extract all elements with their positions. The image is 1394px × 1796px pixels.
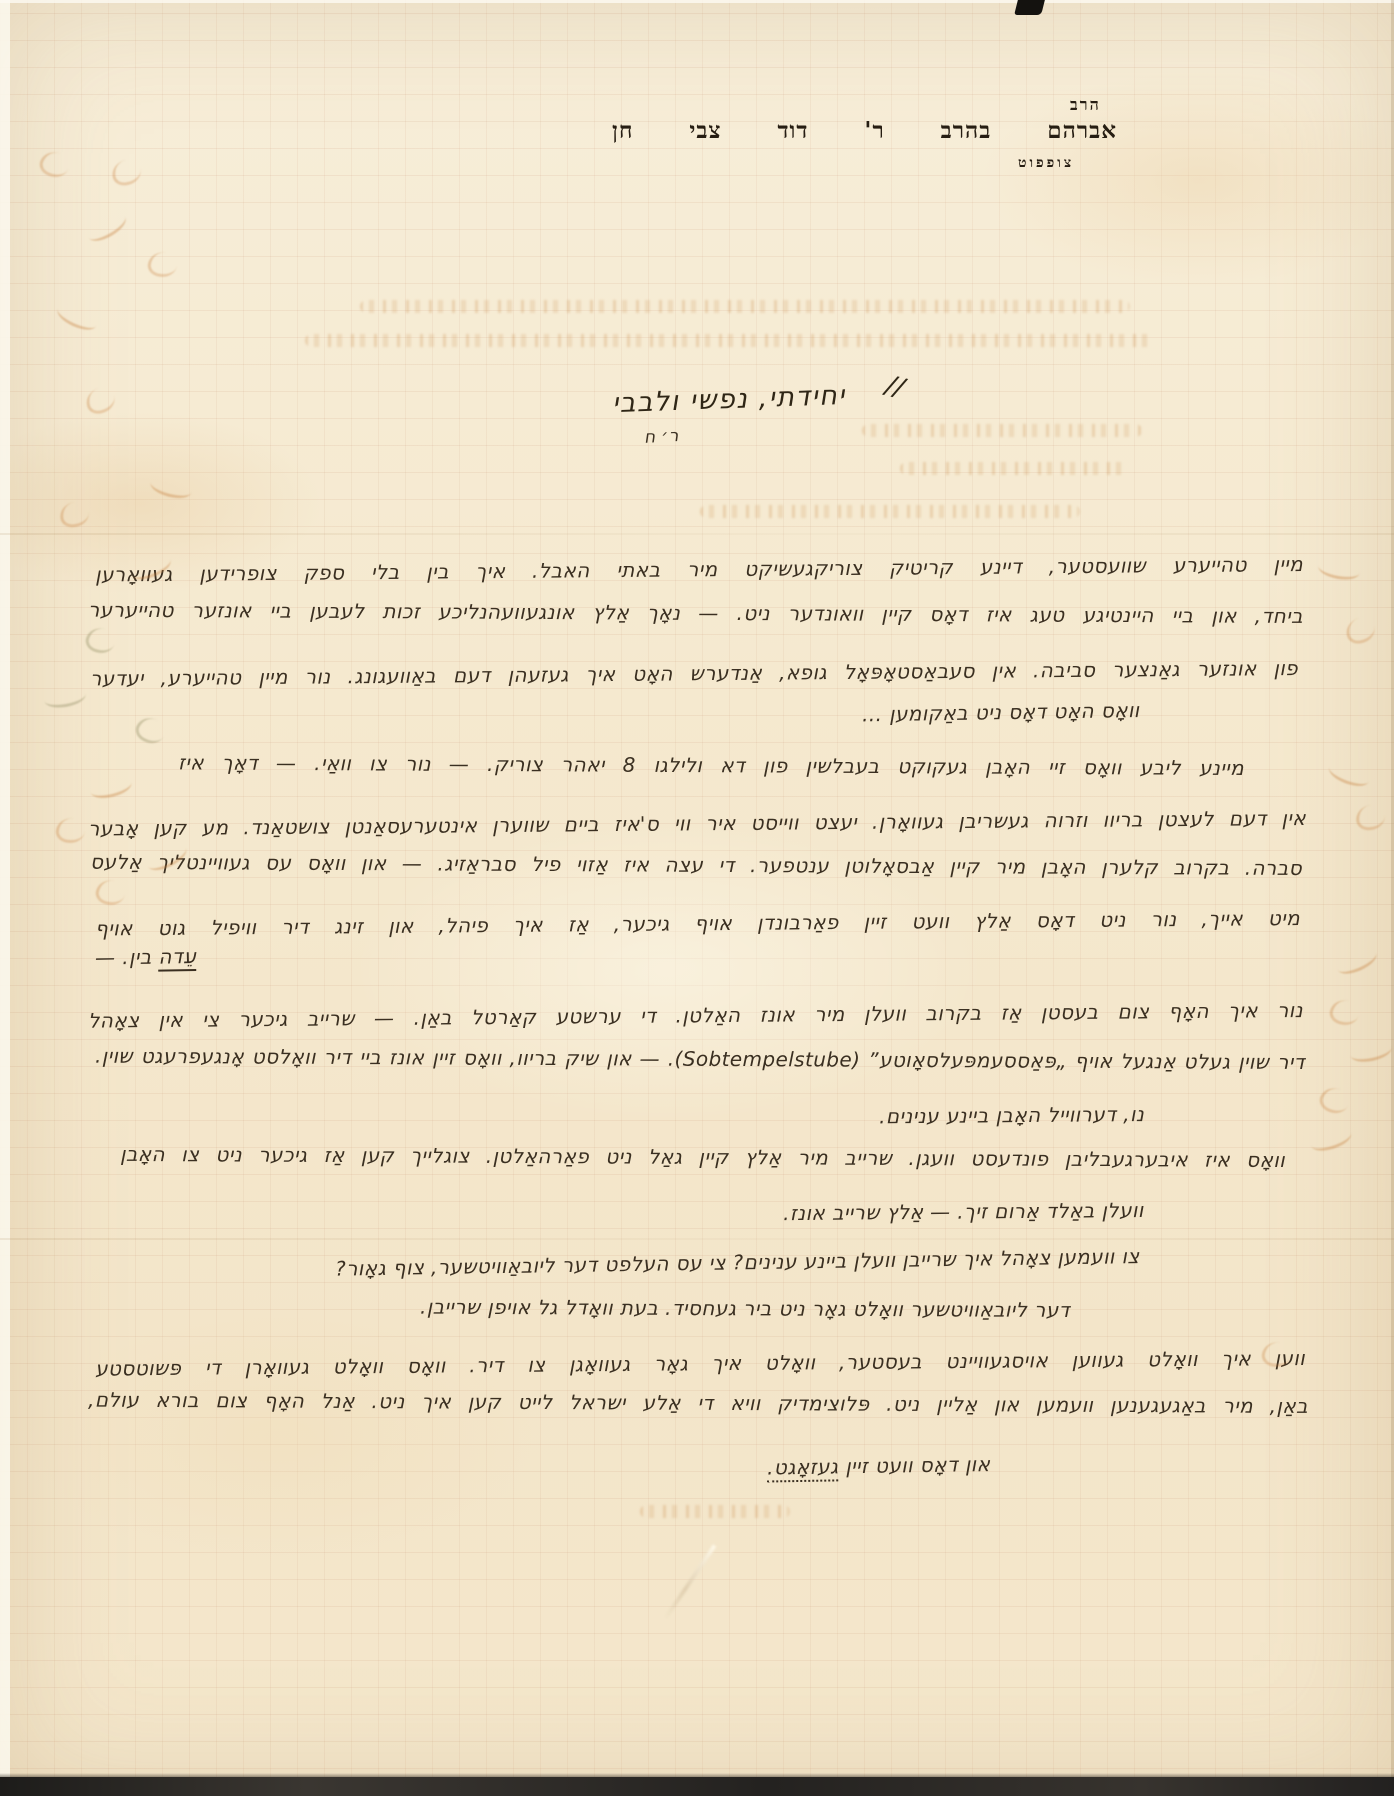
letterhead-location: צופפוט (1018, 155, 1074, 172)
paper-left-edge (0, 0, 10, 1796)
handwriting-line: מיט אייך, נור ניט דאָס אַלץ וועט זיין פא… (95, 906, 1300, 941)
ink-bleed-mark (1334, 944, 1380, 978)
ink-bleed-row (360, 300, 1130, 313)
paper-crease (664, 1544, 717, 1619)
ink-bleed-mark (1326, 758, 1372, 790)
ink-bleed-mark (1343, 614, 1378, 646)
ink-bleed-mark (84, 209, 130, 246)
ink-bleed-mark (1327, 997, 1361, 1028)
underlined-word: עֵדה (158, 944, 196, 972)
handwriting-line: מיינע ליבע וואָס זיי האָבן געקוקט בעבלשי… (178, 750, 1244, 780)
handwriting-line: ווען איך וואָלט געווען אויסגעוויינט בעסט… (95, 1346, 1305, 1381)
handwriting-line-emphasis: עֵדה בין. — (95, 944, 197, 970)
greeting-salutation: יחידתי, נפשי ולבבי (612, 380, 847, 419)
fold-line-lower (0, 1238, 1394, 1240)
ink-bleed-mark (132, 713, 169, 748)
ink-bleed-mark (1316, 1083, 1352, 1117)
ink-bleed-row (640, 1505, 790, 1518)
handwriting-line: מיין טהייערע שוועסטער, דיינע קריטיק צורי… (95, 552, 1303, 587)
ink-bleed-row (700, 505, 1080, 518)
ink-bleed-row (305, 334, 1155, 347)
fold-line-upper (0, 533, 1394, 535)
handwriting-line: נו, דערווייל האָבן ביינע ענינים. (879, 1102, 1144, 1128)
handwriting-line: וואָס איז איבערגעבליבן פונדעסט וועגן. שר… (120, 1142, 1285, 1172)
greeting-note: ר׳ ח (644, 426, 680, 448)
handwriting-line: נור איך האָף צום בעסטן אַז בקרוב וועלן מ… (88, 998, 1303, 1033)
handwriting-line: סברה. בקרוב קלערן האָבן מיר קיין אַבסאָל… (90, 850, 1302, 880)
handwriting-line: דיר שוין געלט אַנגעל אויף „פּאַססעמפּעלס… (95, 1044, 1305, 1074)
handwriting-line: אין דעם לעצטן בריוו וזרוה געשריבן געוואָ… (88, 806, 1306, 841)
letterhead-name: אברהם בהרב ר' דוד צבי חן (612, 117, 1117, 144)
ink-bleed-mark (1308, 1124, 1354, 1155)
ink-bleed-mark (83, 624, 118, 656)
ink-bleed-mark (110, 157, 144, 187)
ink-bleed-mark (58, 500, 90, 529)
letter-scan-page: הרב אברהם בהרב ר' דוד צבי חן צופפוט ∕∕ י… (0, 0, 1394, 1796)
letterhead-title: הרב (1070, 95, 1101, 115)
scan-bottom-edge (0, 1777, 1394, 1796)
handwriting-line: ביחד, און ביי היינטיגע טעג איז דאָס קיין… (88, 598, 1303, 628)
paper-top-edge (0, 0, 1394, 3)
ink-bleed-mark (37, 148, 73, 181)
ink-bleed-mark (148, 473, 193, 502)
handwriting-line: וועלן באַלד אַרום זיך. — אַלץ שרייב אונז… (783, 1198, 1144, 1225)
handwriting-closing-line: און דאָס וועט זיין געזאָגט. (767, 1452, 991, 1480)
ink-bleed-mark (146, 250, 178, 279)
ink-bleed-mark (55, 817, 86, 845)
ink-bleed-mark (1355, 804, 1386, 832)
handwriting-line: דער ליובאַוויטשער וואָלט גאָר ניט ביר גע… (420, 1295, 1070, 1322)
ink-bleed-mark (88, 773, 133, 802)
handwriting-line: פון אונזער גאַנצער סביבה. אין סעבאַסטאָפ… (90, 656, 1298, 691)
torn-corner-notch (1014, 0, 1045, 15)
line-pre: און דאָס וועט זיין (838, 1452, 990, 1478)
handwriting-line: צו וועמען צאָהל איך שרייבן וועלן ביינע ע… (335, 1244, 1140, 1281)
ink-bleed-row (862, 424, 1142, 437)
ink-bleed-mark (83, 384, 118, 417)
greeting-flourish: ∕∕ (883, 370, 907, 403)
line-rest: בין. — (95, 945, 159, 970)
ink-bleed-mark (43, 684, 88, 710)
emphasized-word: געזאָגט. (767, 1454, 839, 1482)
handwriting-line: וואָס האָט דאָס ניט באַקומען ... (862, 698, 1140, 726)
ink-bleed-mark (1348, 1038, 1393, 1065)
ink-bleed-mark (54, 300, 100, 334)
ink-bleed-row (900, 462, 1130, 475)
ink-bleed-mark (94, 877, 128, 907)
ink-bleed-mark (1317, 556, 1362, 582)
handwriting-line: באַן, מיר באַגעגענען וועמען און אַליין נ… (88, 1388, 1308, 1418)
